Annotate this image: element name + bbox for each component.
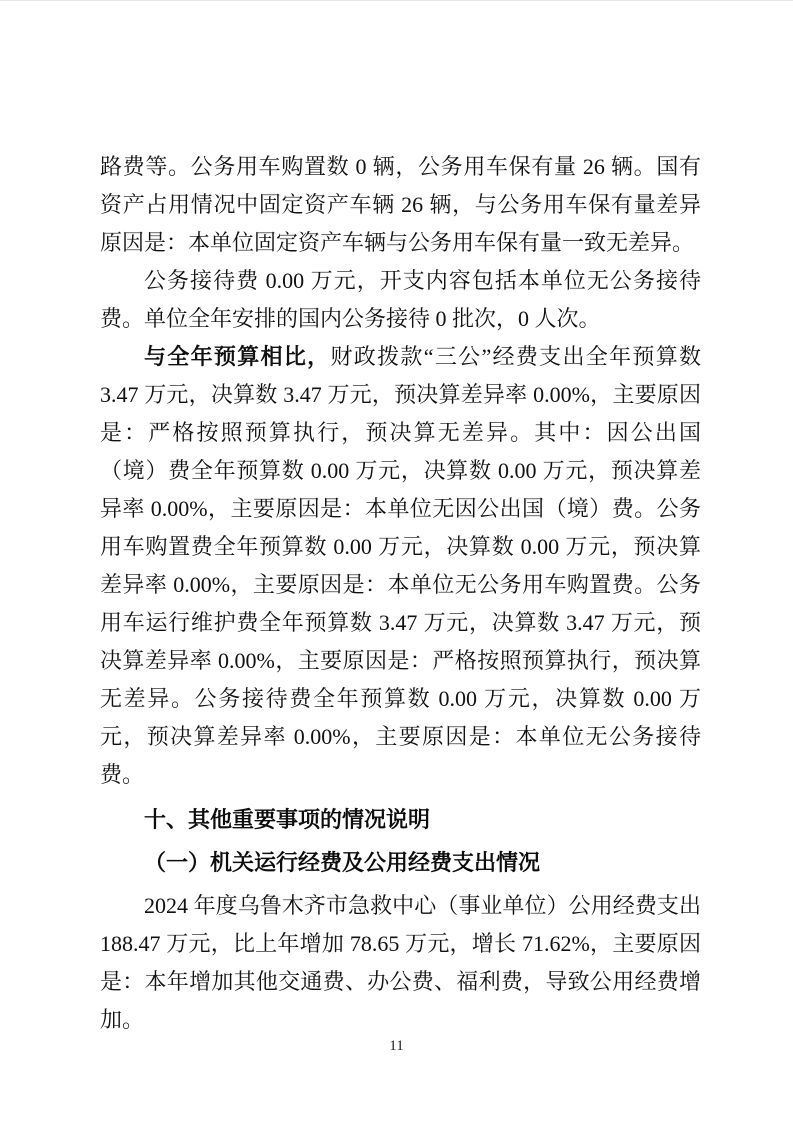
section-heading-other-important-matters: 十、其他重要事项的情况说明 [100, 801, 701, 839]
document-body: 路费等。公务用车购置数 0 辆，公务用车保有量 26 辆。国有资产占用情况中固定… [100, 148, 701, 1039]
paragraph-reception-fees: 公务接待费 0.00 万元，开支内容包括本单位无公务接待费。单位全年安排的国内公… [100, 262, 701, 338]
paragraph-public-expense-2024: 2024 年度乌鲁木齐市急救中心（事业单位）公用经费支出 188.47 万元，比… [100, 887, 701, 1039]
subsection-heading-operating-and-public-expenses: （一）机关运行经费及公用经费支出情况 [100, 844, 701, 882]
budget-comparison-body: 财政拨款“三公”经费支出全年预算数 3.47 万元，决算数 3.47 万元，预决… [100, 344, 701, 787]
budget-comparison-lead: 与全年预算相比， [144, 344, 331, 369]
paragraph-vehicle-fees: 路费等。公务用车购置数 0 辆，公务用车保有量 26 辆。国有资产占用情况中固定… [100, 148, 701, 262]
page-number: 11 [0, 1037, 793, 1055]
document-page: 路费等。公务用车购置数 0 辆，公务用车保有量 26 辆。国有资产占用情况中固定… [0, 0, 793, 1123]
paragraph-budget-comparison: 与全年预算相比，财政拨款“三公”经费支出全年预算数 3.47 万元，决算数 3.… [100, 338, 701, 794]
